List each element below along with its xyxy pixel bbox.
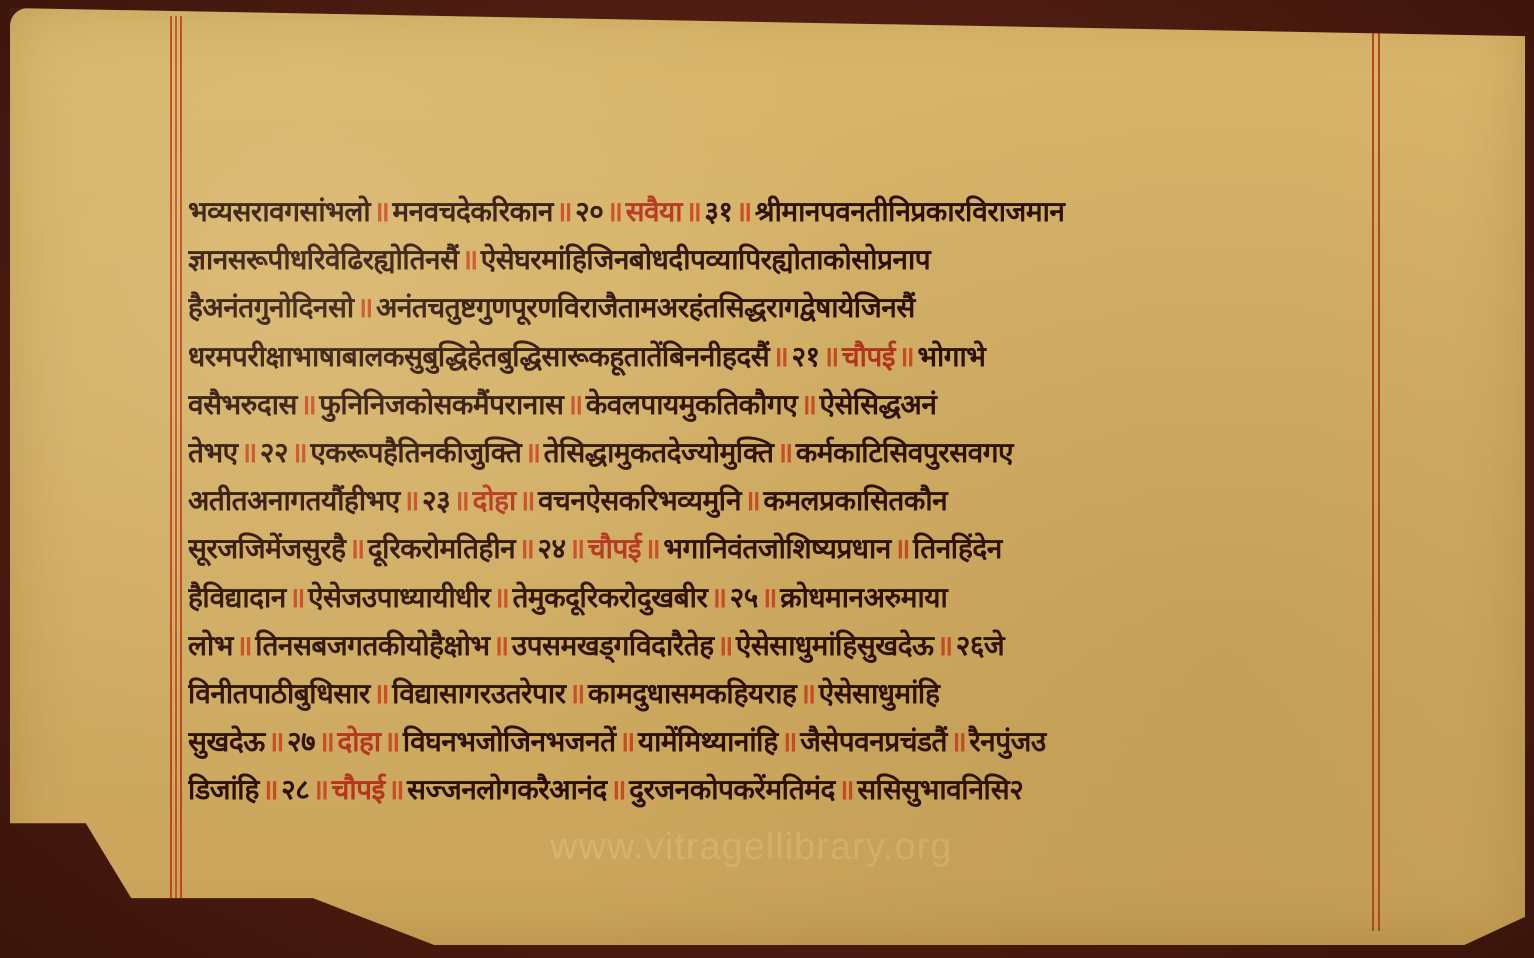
verse-text: भोगाभे bbox=[917, 340, 985, 373]
danda-separator: ॥ bbox=[354, 291, 376, 324]
danda-separator: ॥ bbox=[773, 436, 795, 469]
danda-separator: ॥ bbox=[370, 677, 392, 710]
verse-text: डिजांहि bbox=[188, 773, 259, 806]
verse-text: तेमुकदूरिकरोदुखबीर bbox=[512, 581, 707, 614]
manuscript-line: विनीतपाठीबुधिसार॥विद्यासागरउतरेपार॥कामदु… bbox=[188, 670, 1370, 718]
right-margin-rule bbox=[1372, 16, 1374, 931]
danda-separator: ॥ bbox=[315, 725, 337, 758]
manuscript-line: धरमपरीक्षाभाषाबालकसुबुद्धिहेतबुद्धिसारूक… bbox=[188, 333, 1370, 381]
verse-text: हैविद्यादान bbox=[188, 581, 286, 614]
danda-separator: ॥ bbox=[778, 725, 800, 758]
danda-separator: ॥ bbox=[566, 677, 588, 710]
manuscript-line: डिजांहि॥२८॥चौपई॥सज्जनलोगकरैआनंद॥दुरजनकोप… bbox=[188, 766, 1370, 814]
watermark: www.vitragellibrary.org bbox=[550, 826, 952, 869]
danda-separator: ॥ bbox=[758, 581, 780, 614]
danda-separator: ॥ bbox=[603, 195, 625, 228]
manuscript-line: भव्यसरावगसांभलो॥मनवचदेकरिकान॥२०॥सवैया॥३१… bbox=[188, 188, 1370, 236]
danda-separator: ॥ bbox=[741, 484, 763, 517]
left-margin-rule bbox=[170, 16, 172, 931]
danda-separator: ॥ bbox=[714, 629, 736, 662]
verse-text: २७ bbox=[287, 725, 315, 758]
danda-separator: ॥ bbox=[385, 773, 407, 806]
rubric-heading: चौपई bbox=[332, 773, 385, 806]
danda-separator: ॥ bbox=[933, 629, 955, 662]
right-margin-rule bbox=[1378, 16, 1380, 931]
manuscript-line: हैविद्यादान॥ऐसेजउपाध्यायीधीर॥तेमुकदूरिकर… bbox=[188, 574, 1370, 622]
verse-text: एकरूपहैतिनकीजुक्ति bbox=[310, 436, 521, 469]
danda-separator: ॥ bbox=[563, 388, 585, 421]
verse-text: लोभ bbox=[188, 629, 233, 662]
verse-text: क्रोधमानअरुमाया bbox=[780, 581, 947, 614]
manuscript-line: सुखदेऊ॥२७॥दोहा॥विघनभजोजिनभजनतें॥यामेंमिथ… bbox=[188, 718, 1370, 766]
verse-text: उपसमखड्गविदारैतेह bbox=[512, 629, 714, 662]
verse-text: भव्यसरावगसांभलो bbox=[188, 195, 370, 228]
rubric-heading: चौपई bbox=[588, 532, 641, 565]
verse-text: २३ bbox=[422, 484, 450, 517]
danda-separator: ॥ bbox=[297, 388, 319, 421]
manuscript-folio: भव्यसरावगसांभलो॥मनवचदेकरिकान॥२०॥सवैया॥३१… bbox=[10, 8, 1525, 945]
danda-separator: ॥ bbox=[707, 581, 729, 614]
verse-text: रैनपुंजउ bbox=[969, 725, 1046, 758]
danda-separator: ॥ bbox=[459, 243, 481, 276]
verse-text: तेसिद्धामुकतदेज्योमुक्ति bbox=[544, 436, 774, 469]
manuscript-line: हैअनंतगुनोदिनसो॥अनंतचतुष्टगुणपूरणविराजैत… bbox=[188, 284, 1370, 332]
danda-separator: ॥ bbox=[521, 436, 543, 469]
danda-separator: ॥ bbox=[616, 725, 638, 758]
danda-separator: ॥ bbox=[490, 581, 512, 614]
verse-text: यामेंमिथ्यानांहि bbox=[638, 725, 778, 758]
verse-text: ३१ bbox=[704, 195, 732, 228]
verse-text: २५ bbox=[730, 581, 758, 614]
verse-text: मनवचदेकरिकान bbox=[392, 195, 553, 228]
danda-separator: ॥ bbox=[286, 581, 308, 614]
verse-text: २४ bbox=[537, 532, 565, 565]
danda-separator: ॥ bbox=[566, 532, 588, 565]
danda-separator: ॥ bbox=[820, 340, 842, 373]
danda-separator: ॥ bbox=[309, 773, 331, 806]
verse-text: फुनिनिजकोसकमैंपरानास bbox=[319, 388, 563, 421]
left-margin-rule bbox=[180, 16, 182, 931]
danda-separator: ॥ bbox=[553, 195, 575, 228]
verse-text: दूरिकरोमतिहीन bbox=[368, 532, 515, 565]
verse-text: ऐसेसाधुमांहि bbox=[819, 677, 940, 710]
danda-separator: ॥ bbox=[370, 195, 392, 228]
verse-text: सुखदेऊ bbox=[188, 725, 265, 758]
danda-separator: ॥ bbox=[233, 629, 255, 662]
verse-text: विद्यासागरउतरेपार bbox=[392, 677, 565, 710]
verse-text: भगानिवंतजोशिष्यप्रधान bbox=[663, 532, 890, 565]
danda-separator: ॥ bbox=[732, 195, 754, 228]
danda-separator: ॥ bbox=[895, 340, 917, 373]
verse-text: तिनसबजगतकीयोहैक्षोभ bbox=[255, 629, 489, 662]
danda-separator: ॥ bbox=[381, 725, 403, 758]
verse-text: ज्ञानसरूपीधरिवेढिरह्योतिनसैं bbox=[188, 243, 459, 276]
verse-text: धरमपरीक्षाभाषाबालकसुबुद्धिहेतबुद्धिसारूक… bbox=[188, 340, 769, 373]
verse-text: कामदुधासमकहियराह bbox=[588, 677, 796, 710]
verse-text: तेभए bbox=[188, 436, 238, 469]
danda-separator: ॥ bbox=[265, 725, 287, 758]
verse-text: अनंतचतुष्टगुणपूरणविराजैतामअरहंतसिद्धरागद… bbox=[376, 291, 915, 324]
danda-separator: ॥ bbox=[769, 340, 791, 373]
verse-text: ऐसेघरमांहिजिनबोधदीपव्यापिरह्योताकोसोप्रन… bbox=[481, 243, 930, 276]
verse-text: ऐसेजउपाध्यायीधीर bbox=[308, 581, 490, 614]
danda-separator: ॥ bbox=[947, 725, 969, 758]
danda-separator: ॥ bbox=[516, 484, 538, 517]
left-margin-rule bbox=[175, 16, 177, 931]
danda-separator: ॥ bbox=[797, 388, 819, 421]
verse-text: २२ bbox=[260, 436, 288, 469]
verse-text: विनीतपाठीबुधिसार bbox=[188, 677, 370, 710]
verse-text: कर्मकाटिसिवपुरसवगए bbox=[796, 436, 1013, 469]
verse-text: सज्जनलोगकरैआनंद bbox=[407, 773, 607, 806]
verse-text: २६जे bbox=[956, 629, 1004, 662]
verse-text: सूरजजिमेंजसुरहै bbox=[188, 532, 345, 565]
danda-separator: ॥ bbox=[345, 532, 367, 565]
verse-text: २ bbox=[1009, 773, 1023, 806]
danda-separator: ॥ bbox=[400, 484, 422, 517]
manuscript-text-block: भव्यसरावगसांभलो॥मनवचदेकरिकान॥२०॥सवैया॥३१… bbox=[188, 188, 1370, 814]
verse-text: ऐसेसिद्धअनं bbox=[819, 388, 936, 421]
danda-separator: ॥ bbox=[259, 773, 281, 806]
verse-text: २० bbox=[575, 195, 603, 228]
verse-text: अतीतअनागतयौंहीभए bbox=[188, 484, 400, 517]
verse-text: तिनहिंदेन bbox=[913, 532, 1002, 565]
danda-separator: ॥ bbox=[607, 773, 629, 806]
danda-separator: ॥ bbox=[891, 532, 913, 565]
rubric-heading: दोहा bbox=[472, 484, 515, 517]
manuscript-line: ज्ञानसरूपीधरिवेढिरह्योतिनसैं॥ऐसेघरमांहिज… bbox=[188, 236, 1370, 284]
rubric-heading: सवैया bbox=[626, 195, 683, 228]
verse-text: ऐसेसाधुमांहिसुखदेऊ bbox=[736, 629, 934, 662]
verse-text: श्रीमानपवनतीनिप्रकारविराजमान bbox=[755, 195, 1065, 228]
danda-separator: ॥ bbox=[238, 436, 260, 469]
verse-text: हैअनंतगुनोदिनसो bbox=[188, 291, 354, 324]
verse-text: कमलप्रकासितकौन bbox=[763, 484, 947, 517]
verse-text: केवलपायमुकतिकौगए bbox=[586, 388, 797, 421]
verse-text: २१ bbox=[791, 340, 819, 373]
verse-text: दुरजनकोपकरेंमतिमंद bbox=[629, 773, 835, 806]
danda-separator: ॥ bbox=[515, 532, 537, 565]
verse-text: वचनऐसकरिभव्यमुनि bbox=[538, 484, 741, 517]
manuscript-line: वसैभरुदास॥फुनिनिजकोसकमैंपरानास॥केवलपायमु… bbox=[188, 381, 1370, 429]
verse-text: २८ bbox=[281, 773, 309, 806]
danda-separator: ॥ bbox=[490, 629, 512, 662]
danda-separator: ॥ bbox=[288, 436, 310, 469]
verse-text: जैसेपवनप्रचंडतैं bbox=[800, 725, 947, 758]
manuscript-line: सूरजजिमेंजसुरहै॥दूरिकरोमतिहीन॥२४॥चौपई॥भग… bbox=[188, 525, 1370, 573]
photo-background: भव्यसरावगसांभलो॥मनवचदेकरिकान॥२०॥सवैया॥३१… bbox=[0, 0, 1534, 958]
rubric-heading: चौपई bbox=[842, 340, 895, 373]
verse-text: विघनभजोजिनभजनतें bbox=[403, 725, 616, 758]
danda-separator: ॥ bbox=[682, 195, 704, 228]
verse-text: ससिसुभावनिसि bbox=[857, 773, 1009, 806]
danda-separator: ॥ bbox=[450, 484, 472, 517]
verse-text: वसैभरुदास bbox=[188, 388, 297, 421]
danda-separator: ॥ bbox=[835, 773, 857, 806]
danda-separator: ॥ bbox=[641, 532, 663, 565]
manuscript-line: तेभए॥२२॥एकरूपहैतिनकीजुक्ति॥तेसिद्धामुकतद… bbox=[188, 429, 1370, 477]
manuscript-line: अतीतअनागतयौंहीभए॥२३॥दोहा॥वचनऐसकरिभव्यमुन… bbox=[188, 477, 1370, 525]
danda-separator: ॥ bbox=[796, 677, 818, 710]
manuscript-line: लोभ॥तिनसबजगतकीयोहैक्षोभ॥उपसमखड्गविदारैते… bbox=[188, 622, 1370, 670]
rubric-heading: दोहा bbox=[337, 725, 380, 758]
